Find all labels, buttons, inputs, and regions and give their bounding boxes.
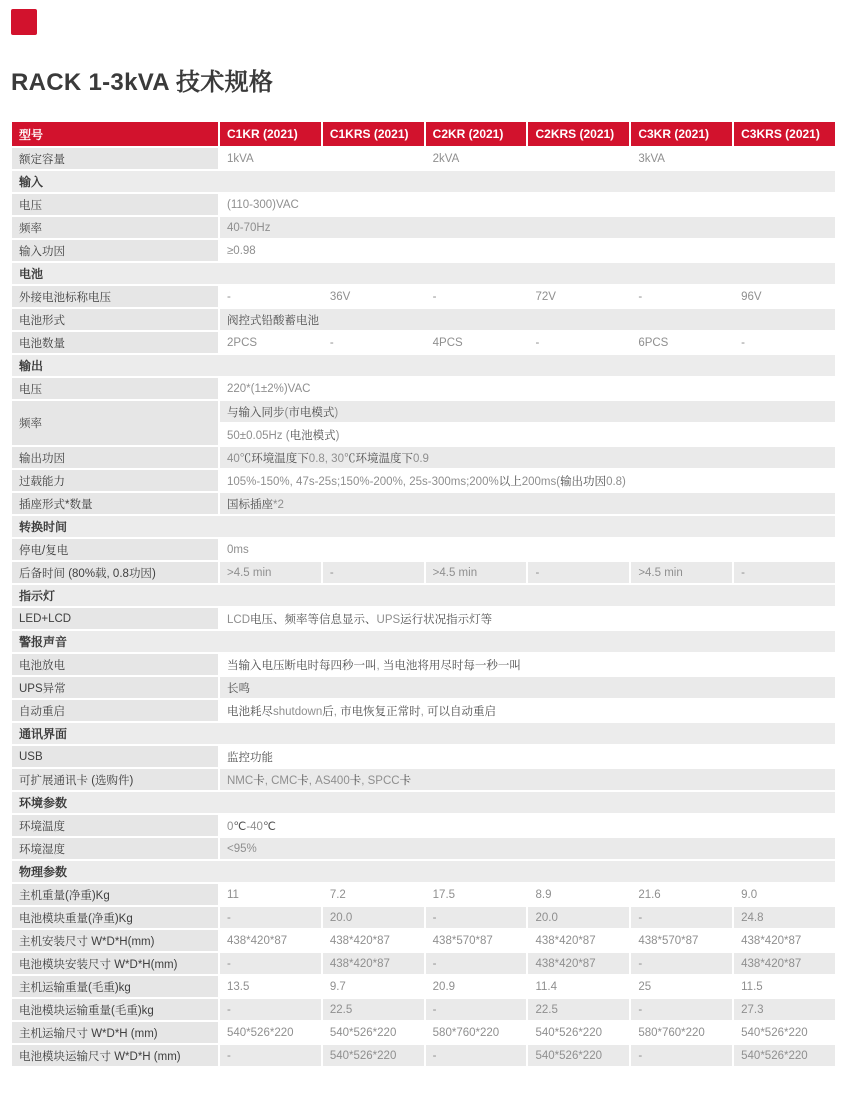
spec-value-cell: 580*760*220 (631, 1022, 732, 1043)
page: { "title": "RACK 1-3kVA 技术规格", "colors":… (0, 0, 847, 1119)
header-row: 型号C1KR (2021)C1KRS (2021)C2KR (2021)C2KR… (12, 122, 835, 146)
spec-value-cell: >4.5 min (220, 562, 321, 583)
table-row: 频率40-70Hz (12, 217, 835, 238)
section-title: 通讯界面 (12, 723, 835, 744)
spec-value-cell: 40-70Hz (220, 217, 835, 238)
spec-value-cell: 438*420*87 (528, 953, 629, 974)
table-row: 电池模块安装尺寸 W*D*H(mm)-438*420*87-438*420*87… (12, 953, 835, 974)
spec-value-cell: 17.5 (426, 884, 527, 905)
spec-value-cell: - (323, 332, 424, 353)
spec-value-cell: 540*526*220 (734, 1045, 835, 1066)
spec-value-cell: LCD电压、频率等信息显示、UPS运行状况指示灯等 (220, 608, 835, 629)
table-row: 频率与输入同步(市电模式) (12, 401, 835, 422)
section-title: 输出 (12, 355, 835, 376)
section-title: 物理参数 (12, 861, 835, 882)
spec-value-cell: 50±0.05Hz (电池模式) (220, 424, 835, 445)
spec-value-cell: - (631, 999, 732, 1020)
brand-mark (11, 9, 37, 35)
table-row: 电池数量2PCS-4PCS-6PCS- (12, 332, 835, 353)
spec-value-cell: 540*526*220 (528, 1022, 629, 1043)
table-row: 插座形式*数量国标插座*2 (12, 493, 835, 514)
spec-value-cell: - (426, 999, 527, 1020)
spec-value-cell: 27.3 (734, 999, 835, 1020)
table-row: 后备时间 (80%载, 0.8功因)>4.5 min->4.5 min->4.5… (12, 562, 835, 583)
spec-value-cell: 电池耗尽shutdown后, 市电恢复正常时, 可以自动重启 (220, 700, 835, 721)
column-header: C2KRS (2021) (528, 122, 629, 146)
row-label: 频率 (12, 401, 218, 445)
table-row: 电池模块运输尺寸 W*D*H (mm)-540*526*220-540*526*… (12, 1045, 835, 1066)
spec-value-cell: 0℃-40℃ (220, 815, 835, 836)
row-label: 主机安装尺寸 W*D*H(mm) (12, 930, 218, 951)
row-label: 电压 (12, 378, 218, 399)
spec-value-cell: 438*420*87 (528, 930, 629, 951)
row-label: 环境湿度 (12, 838, 218, 859)
spec-value-cell: - (631, 1045, 732, 1066)
spec-value-cell: 11.4 (528, 976, 629, 997)
page-title: RACK 1-3kVA 技术规格 (11, 62, 273, 97)
row-label: 电池形式 (12, 309, 218, 330)
spec-value-cell: 11.5 (734, 976, 835, 997)
row-label: 额定容量 (12, 148, 218, 169)
spec-value-cell: - (426, 1045, 527, 1066)
spec-value-cell: - (220, 286, 321, 307)
spec-value-cell: - (426, 286, 527, 307)
spec-value-cell: 9.7 (323, 976, 424, 997)
table-header: 型号C1KR (2021)C1KRS (2021)C2KR (2021)C2KR… (12, 122, 835, 146)
row-label: LED+LCD (12, 608, 218, 629)
table-row: 过载能力105%-150%, 47s-25s;150%-200%, 25s-30… (12, 470, 835, 491)
spec-table: 型号C1KR (2021)C1KRS (2021)C2KR (2021)C2KR… (10, 120, 837, 1068)
spec-value-cell: 20.0 (528, 907, 629, 928)
spec-value-cell: 540*526*220 (220, 1022, 321, 1043)
row-label: 电池放电 (12, 654, 218, 675)
table-row: 电压220*(1±2%)VAC (12, 378, 835, 399)
spec-value-cell: - (631, 286, 732, 307)
spec-value-cell: 438*420*87 (734, 953, 835, 974)
spec-value-cell: 24.8 (734, 907, 835, 928)
spec-value-cell: 阀控式铅酸蓄电池 (220, 309, 835, 330)
section-row: 警报声音 (12, 631, 835, 652)
spec-value-cell: 36V (323, 286, 424, 307)
spec-value-cell: 7.2 (323, 884, 424, 905)
table-row: 环境温度0℃-40℃ (12, 815, 835, 836)
row-label: 电池模块安装尺寸 W*D*H(mm) (12, 953, 218, 974)
row-label: 主机运输重量(毛重)kg (12, 976, 218, 997)
spec-value-cell: 540*526*220 (323, 1022, 424, 1043)
spec-value-cell: 1kVA (220, 148, 424, 169)
spec-value-cell: 438*420*87 (323, 953, 424, 974)
row-label: 停电/复电 (12, 539, 218, 560)
spec-value-cell: 438*420*87 (734, 930, 835, 951)
section-title: 输入 (12, 171, 835, 192)
section-title: 转换时间 (12, 516, 835, 537)
column-header: C1KRS (2021) (323, 122, 424, 146)
column-header: C2KR (2021) (426, 122, 527, 146)
spec-value-cell: 40℃环境温度下0.8, 30℃环境温度下0.9 (220, 447, 835, 468)
spec-value-cell: - (220, 953, 321, 974)
table-row: 电池模块重量(净重)Kg-20.0-20.0-24.8 (12, 907, 835, 928)
row-label: 自动重启 (12, 700, 218, 721)
row-label: 电池模块重量(净重)Kg (12, 907, 218, 928)
table-row: 可扩展通讯卡 (选购件)NMC卡, CMC卡, AS400卡, SPCC卡 (12, 769, 835, 790)
row-label: 插座形式*数量 (12, 493, 218, 514)
column-header: C3KR (2021) (631, 122, 732, 146)
spec-value-cell: - (734, 562, 835, 583)
spec-value-cell: >4.5 min (426, 562, 527, 583)
table-row: USB监控功能 (12, 746, 835, 767)
spec-value-cell: - (528, 562, 629, 583)
row-label: 后备时间 (80%载, 0.8功因) (12, 562, 218, 583)
row-label: 可扩展通讯卡 (选购件) (12, 769, 218, 790)
spec-value-cell: 监控功能 (220, 746, 835, 767)
spec-value-cell: 11 (220, 884, 321, 905)
row-label: 环境温度 (12, 815, 218, 836)
spec-value-cell: 22.5 (323, 999, 424, 1020)
spec-value-cell: 540*526*220 (734, 1022, 835, 1043)
spec-value-cell: - (323, 562, 424, 583)
spec-value-cell: <95% (220, 838, 835, 859)
spec-value-cell: 长鸣 (220, 677, 835, 698)
spec-value-cell: 540*526*220 (528, 1045, 629, 1066)
table-row: 电池形式阀控式铅酸蓄电池 (12, 309, 835, 330)
section-row: 输出 (12, 355, 835, 376)
spec-value-cell: >4.5 min (631, 562, 732, 583)
spec-value-cell: 2PCS (220, 332, 321, 353)
table-row: 电池模块运输重量(毛重)kg-22.5-22.5-27.3 (12, 999, 835, 1020)
section-title: 指示灯 (12, 585, 835, 606)
table-row: 主机运输重量(毛重)kg13.59.720.911.42511.5 (12, 976, 835, 997)
spec-value-cell: 0ms (220, 539, 835, 560)
spec-value-cell: 国标插座*2 (220, 493, 835, 514)
spec-value-cell: 2kVA (426, 148, 630, 169)
table-row: 自动重启电池耗尽shutdown后, 市电恢复正常时, 可以自动重启 (12, 700, 835, 721)
spec-value-cell: - (528, 332, 629, 353)
row-label: USB (12, 746, 218, 767)
section-row: 指示灯 (12, 585, 835, 606)
spec-value-cell: (110-300)VAC (220, 194, 835, 215)
spec-value-cell: 4PCS (426, 332, 527, 353)
row-label: 频率 (12, 217, 218, 238)
table-row: 环境湿度<95% (12, 838, 835, 859)
row-label: 电池模块运输尺寸 W*D*H (mm) (12, 1045, 218, 1066)
section-row: 转换时间 (12, 516, 835, 537)
spec-value-cell: - (426, 907, 527, 928)
table-row: 主机安装尺寸 W*D*H(mm)438*420*87438*420*87438*… (12, 930, 835, 951)
section-row: 电池 (12, 263, 835, 284)
table-row: UPS异常长鸣 (12, 677, 835, 698)
table-row: 电池放电当输入电压断电时每四秒一叫, 当电池将用尽时每一秒一叫 (12, 654, 835, 675)
spec-value-cell: 438*420*87 (323, 930, 424, 951)
spec-value-cell: 6PCS (631, 332, 732, 353)
row-label: 电池模块运输重量(毛重)kg (12, 999, 218, 1020)
spec-value-cell: - (734, 332, 835, 353)
spec-value-cell: - (426, 953, 527, 974)
spec-value-cell: 与输入同步(市电模式) (220, 401, 835, 422)
table-row: 电压(110-300)VAC (12, 194, 835, 215)
row-label: 输出功因 (12, 447, 218, 468)
section-row: 物理参数 (12, 861, 835, 882)
column-header: C3KRS (2021) (734, 122, 835, 146)
spec-value-cell: - (220, 999, 321, 1020)
spec-value-cell: 438*570*87 (631, 930, 732, 951)
row-label: UPS异常 (12, 677, 218, 698)
spec-value-cell: - (631, 907, 732, 928)
table-row: 额定容量1kVA2kVA3kVA (12, 148, 835, 169)
spec-value-cell: 220*(1±2%)VAC (220, 378, 835, 399)
spec-value-cell: NMC卡, CMC卡, AS400卡, SPCC卡 (220, 769, 835, 790)
spec-value-cell: 438*570*87 (426, 930, 527, 951)
section-title: 电池 (12, 263, 835, 284)
spec-value-cell: - (631, 953, 732, 974)
spec-value-cell: - (220, 907, 321, 928)
spec-value-cell: 8.9 (528, 884, 629, 905)
table-row: LED+LCDLCD电压、频率等信息显示、UPS运行状况指示灯等 (12, 608, 835, 629)
row-label: 主机运输尺寸 W*D*H (mm) (12, 1022, 218, 1043)
column-header-model: 型号 (12, 122, 218, 146)
row-label: 电池数量 (12, 332, 218, 353)
spec-value-cell: 21.6 (631, 884, 732, 905)
spec-value-cell: ≥0.98 (220, 240, 835, 261)
spec-value-cell: 20.9 (426, 976, 527, 997)
row-label: 外接电池标称电压 (12, 286, 218, 307)
spec-value-cell: 438*420*87 (220, 930, 321, 951)
table-row: 停电/复电0ms (12, 539, 835, 560)
table-row: 输入功因≥0.98 (12, 240, 835, 261)
spec-value-cell: 9.0 (734, 884, 835, 905)
table-body: 额定容量1kVA2kVA3kVA输入电压(110-300)VAC频率40-70H… (12, 148, 835, 1066)
spec-value-cell: 当输入电压断电时每四秒一叫, 当电池将用尽时每一秒一叫 (220, 654, 835, 675)
row-label: 主机重量(净重)Kg (12, 884, 218, 905)
spec-value-cell: 25 (631, 976, 732, 997)
table-row: 外接电池标称电压-36V-72V-96V (12, 286, 835, 307)
spec-value-cell: 3kVA (631, 148, 835, 169)
section-row: 通讯界面 (12, 723, 835, 744)
spec-value-cell: 96V (734, 286, 835, 307)
spec-value-cell: 20.0 (323, 907, 424, 928)
section-row: 环境参数 (12, 792, 835, 813)
row-label: 过载能力 (12, 470, 218, 491)
spec-value-cell: 22.5 (528, 999, 629, 1020)
section-title: 环境参数 (12, 792, 835, 813)
section-title: 警报声音 (12, 631, 835, 652)
table-row: 主机重量(净重)Kg117.217.58.921.69.0 (12, 884, 835, 905)
spec-value-cell: 72V (528, 286, 629, 307)
table-row: 主机运输尺寸 W*D*H (mm)540*526*220540*526*2205… (12, 1022, 835, 1043)
section-row: 输入 (12, 171, 835, 192)
spec-value-cell: 580*760*220 (426, 1022, 527, 1043)
spec-value-cell: - (220, 1045, 321, 1066)
spec-value-cell: 540*526*220 (323, 1045, 424, 1066)
row-label: 输入功因 (12, 240, 218, 261)
spec-value-cell: 13.5 (220, 976, 321, 997)
column-header: C1KR (2021) (220, 122, 321, 146)
row-label: 电压 (12, 194, 218, 215)
table-row: 输出功因40℃环境温度下0.8, 30℃环境温度下0.9 (12, 447, 835, 468)
spec-value-cell: 105%-150%, 47s-25s;150%-200%, 25s-300ms;… (220, 470, 835, 491)
